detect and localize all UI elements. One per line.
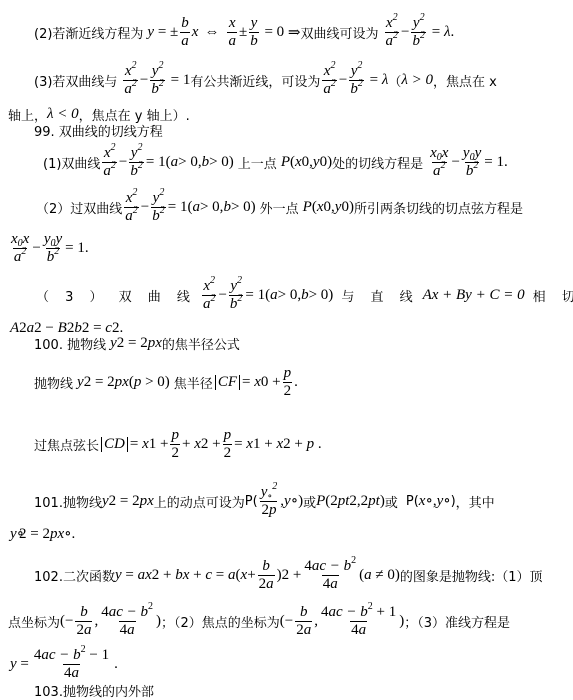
vertex-label: 点坐标为 bbox=[8, 612, 60, 631]
item-100-line1-mid: 焦半径 bbox=[174, 373, 213, 392]
item-102-text1: 的图象是抛物线:（1）顶 bbox=[400, 566, 543, 585]
item-101-prefix: 101.抛物线 bbox=[34, 492, 102, 511]
item-99-2-text: 所引两条切线的切点弦方程是 bbox=[354, 198, 523, 217]
math-y: y bbox=[147, 24, 154, 41]
implies-symbol: ⇒ bbox=[288, 23, 301, 42]
fraction-y0y-b2: y0yb2 bbox=[43, 231, 63, 266]
item-99-3-text: 相 切 的 条 件 是 bbox=[533, 286, 573, 305]
fraction-x2-a2: x2a2 bbox=[322, 63, 337, 98]
item-99-1-line: (1)双曲线 x2a2 − y2b2 = 1(a> 0,b> 0) 上一点 P(… bbox=[43, 140, 508, 184]
section-heading: 99. 双曲线的切线方程 bbox=[34, 121, 163, 140]
item-99-title: 99. 双曲线的切线方程 bbox=[34, 121, 163, 139]
item-99-2-result: x0xa2 − y0yb2 = 1. bbox=[8, 228, 89, 268]
fraction-x0x-a2: x0xa2 bbox=[429, 145, 449, 180]
item-102-line-3: y = 4ac − b2 − 14a . bbox=[10, 644, 118, 684]
section-heading: 103.抛物线的内外部 bbox=[34, 681, 154, 700]
item-100-line-2: 过焦点弦长 CD = x1 + p2 + x2 + p2 = x1 + x2 +… bbox=[34, 424, 322, 464]
cond-open: （ bbox=[388, 71, 401, 90]
line-equation: Ax + By + C = 0 bbox=[423, 287, 525, 304]
item-102-prefix: 102.二次函数 bbox=[34, 566, 115, 585]
item-99-1-mid: 上一点 bbox=[238, 153, 277, 172]
cond-1-text: ，焦点在 x bbox=[433, 71, 497, 90]
item-99-1-label: (1)双曲线 bbox=[43, 153, 100, 172]
item-99-1-text: 处的切线方程是 bbox=[332, 153, 423, 172]
item-101-line: 101.抛物线 y2 = 2px 上的动点可设为 P( y∘22p ,y∘) 或… bbox=[34, 478, 495, 524]
fraction-y0y-b2: y0yb2 bbox=[462, 145, 482, 180]
item-101-or2: 或 bbox=[385, 492, 398, 511]
item-99-3-line: （ 3 ） 双 曲 线 x2a2 − y2b2 = 1(a> 0,b> 0) 与… bbox=[36, 273, 573, 317]
fraction-x2-a2: x2a2 bbox=[124, 190, 139, 225]
item-98-2-text: 双曲线可设为 bbox=[301, 23, 379, 42]
cond-lambda-positive: λ > 0 bbox=[401, 72, 433, 89]
fraction-b-over-a: ba bbox=[180, 15, 190, 50]
abs-cf: CF bbox=[215, 375, 240, 390]
fraction-directrix: 4ac − b2 − 14a bbox=[31, 647, 112, 682]
item-98-3-text: 有公共渐近线，可设为 bbox=[190, 71, 320, 90]
item-100-line-1: 抛物线 y2 = 2px(p > 0) 焦半径 CF = x0 + p2 . bbox=[34, 362, 298, 402]
fraction-x0x-a2: x0xa2 bbox=[10, 231, 30, 266]
fraction-b-over-2a: b2a bbox=[75, 604, 92, 639]
item-99-3-label: （ 3 ） 双 曲 线 bbox=[36, 286, 196, 305]
item-102-line-2: 点坐标为 (− b2a , 4ac − b24a ) ；（2）焦点的坐标为 (−… bbox=[8, 598, 510, 644]
item-99-2-line: （2）过双曲线 x2a2 − y2b2 = 1(a> 0,b> 0) 外一点 P… bbox=[36, 185, 523, 229]
fraction-y2-b2: y2b2 bbox=[150, 63, 165, 98]
fraction-x2-a2: x2a2 bbox=[102, 145, 117, 180]
fraction-x2-a2: x2a2 bbox=[202, 278, 217, 313]
fraction-y2-b2: y2b2 bbox=[129, 145, 144, 180]
item-98-3-line: (3)若双曲线与 x2a2 − y2b2 = 1 有公共渐近线，可设为 x2a2… bbox=[34, 58, 497, 102]
item-98-2-line: (2)若渐近线方程为 y = ± ba x ⇔ xa ± yb = 0 ⇒ 双曲… bbox=[34, 10, 454, 54]
focus-label: ；（2）焦点的坐标为 bbox=[161, 612, 280, 631]
item-100-line2-prefix: 过焦点弦长 bbox=[34, 435, 99, 454]
item-99-3-mid: 与 直 线 bbox=[341, 286, 418, 305]
fraction-p-over-2: p2 bbox=[223, 427, 233, 462]
fraction-b-over-2a: b2a bbox=[258, 558, 275, 593]
item-100-title-prefix: 100. 抛物线 bbox=[34, 334, 106, 353]
item-100-line1-prefix: 抛物线 bbox=[34, 373, 73, 392]
fraction-x2-a2: x2a2 bbox=[123, 63, 138, 98]
item-101-text1: 上的动点可设为 bbox=[154, 492, 245, 511]
item-101-text2: ，其中 bbox=[456, 492, 495, 511]
fraction-p-over-2: p2 bbox=[170, 427, 180, 462]
equiv-symbol: ⇔ bbox=[204, 24, 219, 41]
item-99-2-label: （2）过双曲线 bbox=[36, 198, 122, 217]
point-p: P bbox=[281, 154, 290, 171]
fraction-y0sq-over-2p: y∘22p bbox=[260, 484, 279, 519]
item-98-2-label: (2)若渐近线方程为 bbox=[34, 23, 143, 42]
item-103-title: 103.抛物线的内外部 bbox=[34, 681, 154, 699]
fraction-y-over-b: yb bbox=[249, 15, 259, 50]
item-100-title: 100. 抛物线 y2 = 2px 的焦半径公式 bbox=[34, 333, 240, 353]
fraction-x-over-a: xa bbox=[227, 15, 237, 50]
directrix-label: ；（3）准线方程是 bbox=[404, 612, 510, 631]
item-100-title-suffix: 的焦半径公式 bbox=[162, 334, 240, 353]
item-99-2-mid: 外一点 bbox=[260, 198, 299, 217]
fraction-x2-a2: x2a2 bbox=[385, 15, 400, 50]
fraction-y2-b2: y2b2 bbox=[151, 190, 166, 225]
item-102-line: 102.二次函数 y = ax2 + bx + c = a(x+ b2a )2 … bbox=[34, 552, 543, 598]
fraction-y2-b2: y2b2 bbox=[411, 15, 426, 50]
abs-cd: CD bbox=[101, 437, 128, 452]
fraction-p-over-2: p2 bbox=[283, 365, 293, 400]
item-101-or1: 或 bbox=[303, 492, 316, 511]
fraction-vertex-y: 4ac − b24a bbox=[100, 604, 154, 639]
fraction-b-over-2a: b2a bbox=[295, 604, 312, 639]
fraction-4ac-b2-over-4a: 4ac − b24a bbox=[303, 558, 357, 593]
fraction-focus-y: 4ac − b2 + 14a bbox=[320, 604, 397, 639]
fraction-y2-b2: y2b2 bbox=[229, 278, 244, 313]
point-p: P bbox=[303, 199, 312, 216]
item-98-3-label: (3)若双曲线与 bbox=[34, 71, 117, 90]
item-101-line-2: y∘2 = 2px∘. bbox=[10, 524, 75, 544]
fraction-y2-b2: y2b2 bbox=[349, 63, 364, 98]
